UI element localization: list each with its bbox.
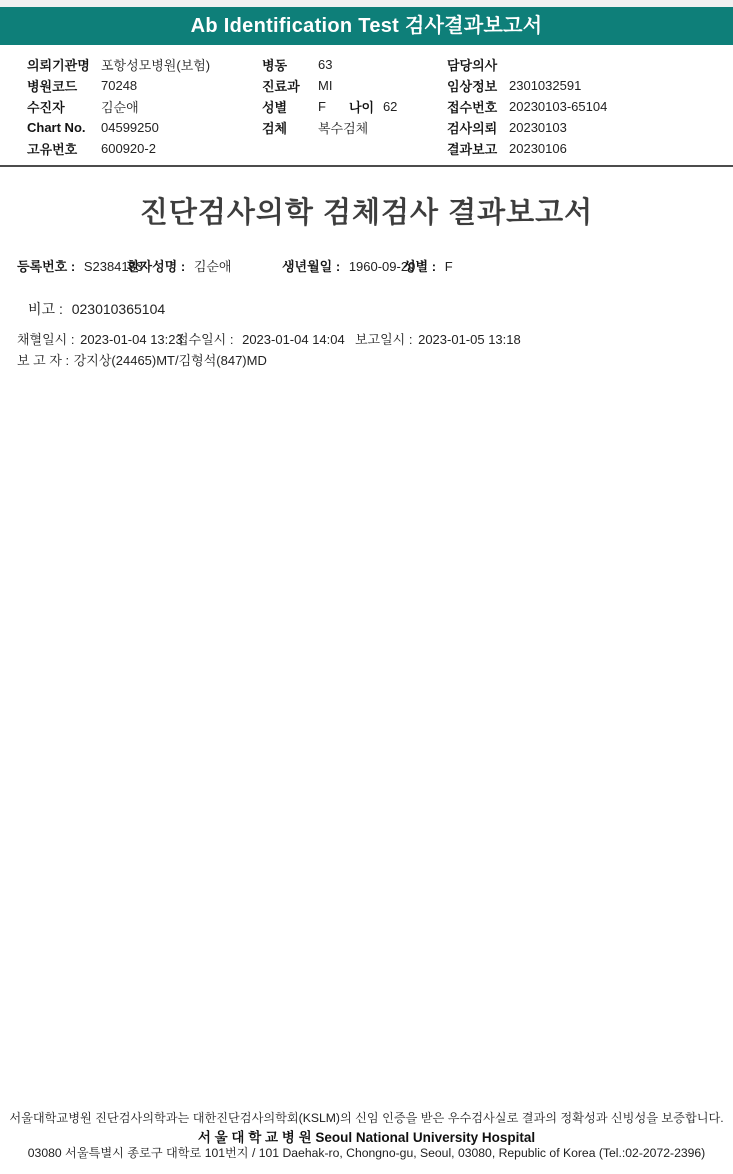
field-value: 포항성모병원(보험) xyxy=(101,55,210,74)
report-title: Ab Identification Test 검사결과보고서 xyxy=(191,15,543,37)
header-row-sex-age: 성별 F 나이 62 xyxy=(262,96,444,117)
footer-hospital-address: 03080 서울특별시 종로구 대학로 101번지 / 101 Daehak-r… xyxy=(0,1144,733,1161)
field-label: 담당의사 xyxy=(447,55,509,74)
header-info-left-column: 의뢰기관명 포항성모병원(보험) 병원코드 70248 수진자 김순애 Char… xyxy=(27,54,259,159)
field-label: 검체 xyxy=(262,118,318,137)
field-label: 의뢰기관명 xyxy=(27,55,101,74)
field-value: 김순애 xyxy=(101,97,139,116)
header-info-middle-column: 병동 63 진료과 MI 성별 F 나이 62 검체 복수검체 xyxy=(262,54,444,138)
header-row-unique-no: 고유번호 600920-2 xyxy=(27,138,259,159)
reported-datetime-label: 보고일시 : xyxy=(355,332,412,347)
field-label: 결과보고 xyxy=(447,139,509,158)
field-value: 04599250 xyxy=(101,120,159,135)
lab-report-page: { "report_header": { "title": "Ab Identi… xyxy=(0,0,733,1174)
field-value: 복수검체 xyxy=(318,118,368,137)
field-value: 20230106 xyxy=(509,141,567,156)
report-title-bar: Ab Identification Test 검사결과보고서 xyxy=(0,7,733,45)
header-row-clinical-info: 임상정보 2301032591 xyxy=(447,75,729,96)
field-label: Chart No. xyxy=(27,120,101,135)
header-row-ward: 병동 63 xyxy=(262,54,444,75)
received-datetime-label: 접수일시 : xyxy=(176,332,233,347)
field-value: F xyxy=(318,99,326,114)
note-label: 비고 : xyxy=(28,301,63,317)
birth-date-field: 생년월일 : 1960-09-20 xyxy=(282,256,415,275)
field-label: 진료과 xyxy=(262,76,318,95)
patient-name-field: 환자성명 : 김순애 xyxy=(127,256,232,275)
field-label: 검사의뢰 xyxy=(447,118,509,137)
reporter-value: 강지상(24465)MT/김형석(847)MD xyxy=(74,353,267,368)
field-value: 2301032591 xyxy=(509,78,581,93)
header-info-right-column: 담당의사 임상정보 2301032591 접수번호 20230103-65104… xyxy=(447,54,729,159)
collection-datetime-label: 채혈일시 : xyxy=(17,332,74,347)
field-value: 20230103-65104 xyxy=(509,99,607,114)
sex-field: 성별 : F xyxy=(403,256,453,275)
note-field: 비고 : 023010365104 xyxy=(28,299,165,319)
header-row-test-requested: 검사의뢰 20230103 xyxy=(447,117,729,138)
header-row-department: 진료과 MI xyxy=(262,75,444,96)
birth-date-label: 생년월일 : xyxy=(282,259,340,274)
header-row-specimen: 검체 복수검체 xyxy=(262,117,444,138)
sex-value: F xyxy=(445,259,453,274)
document-title: 진단검사의학 검체검사 결과보고서 xyxy=(0,190,733,231)
field-label: 임상정보 xyxy=(447,76,509,95)
field-value: 20230103 xyxy=(509,120,567,135)
field-label: 접수번호 xyxy=(447,97,509,116)
footer-accreditation-text: 서울대학교병원 진단검사의학과는 대한진단검사의학회(KSLM)의 신임 인증을… xyxy=(0,1109,733,1126)
field-label: 고유번호 xyxy=(27,139,101,158)
field-value: MI xyxy=(318,78,332,93)
field-value: 63 xyxy=(318,57,332,72)
note-value: 023010365104 xyxy=(72,301,165,317)
registration-number-label: 등록번호 : xyxy=(17,259,75,274)
header-row-patient: 수진자 김순애 xyxy=(27,96,259,117)
reporter-label: 보 고 자 : xyxy=(17,353,69,368)
field-value: 600920-2 xyxy=(101,141,156,156)
collection-datetime-value: 2023-01-04 13:23 xyxy=(80,332,183,347)
field-label: 병원코드 xyxy=(27,76,101,95)
reporter-field: 보 고 자 : 강지상(24465)MT/김형석(847)MD xyxy=(17,350,267,369)
patient-name-value: 김순애 xyxy=(194,259,232,274)
header-row-requesting-org: 의뢰기관명 포항성모병원(보험) xyxy=(27,54,259,75)
header-row-accession-no: 접수번호 20230103-65104 xyxy=(447,96,729,117)
top-gray-strip xyxy=(0,0,733,7)
footer-hospital-name: 서 울 대 학 교 병 원 Seoul National University … xyxy=(0,1126,733,1146)
field-value-age: 62 xyxy=(383,99,397,114)
patient-name-label: 환자성명 : xyxy=(127,259,185,274)
header-row-chart-no: Chart No. 04599250 xyxy=(27,117,259,138)
registration-number-field: 등록번호 : S2384183 xyxy=(17,256,143,275)
field-label-age: 나이 xyxy=(349,97,383,116)
received-datetime-value: 2023-01-04 14:04 xyxy=(242,332,345,347)
collection-datetime-field: 채혈일시 : 2023-01-04 13:23 xyxy=(17,329,183,348)
reported-datetime-value: 2023-01-05 13:18 xyxy=(418,332,521,347)
field-value: 70248 xyxy=(101,78,137,93)
received-datetime-field: 접수일시 : 2023-01-04 14:04 xyxy=(176,329,345,348)
field-label: 병동 xyxy=(262,55,318,74)
header-row-hospital-code: 병원코드 70248 xyxy=(27,75,259,96)
field-label: 수진자 xyxy=(27,97,101,116)
reported-datetime-field: 보고일시 : 2023-01-05 13:18 xyxy=(355,329,521,348)
header-row-attending-doctor: 담당의사 xyxy=(447,54,729,75)
section-divider xyxy=(0,165,733,167)
header-row-result-reported: 결과보고 20230106 xyxy=(447,138,729,159)
sex-label: 성별 : xyxy=(403,259,436,274)
field-label: 성별 xyxy=(262,97,318,116)
